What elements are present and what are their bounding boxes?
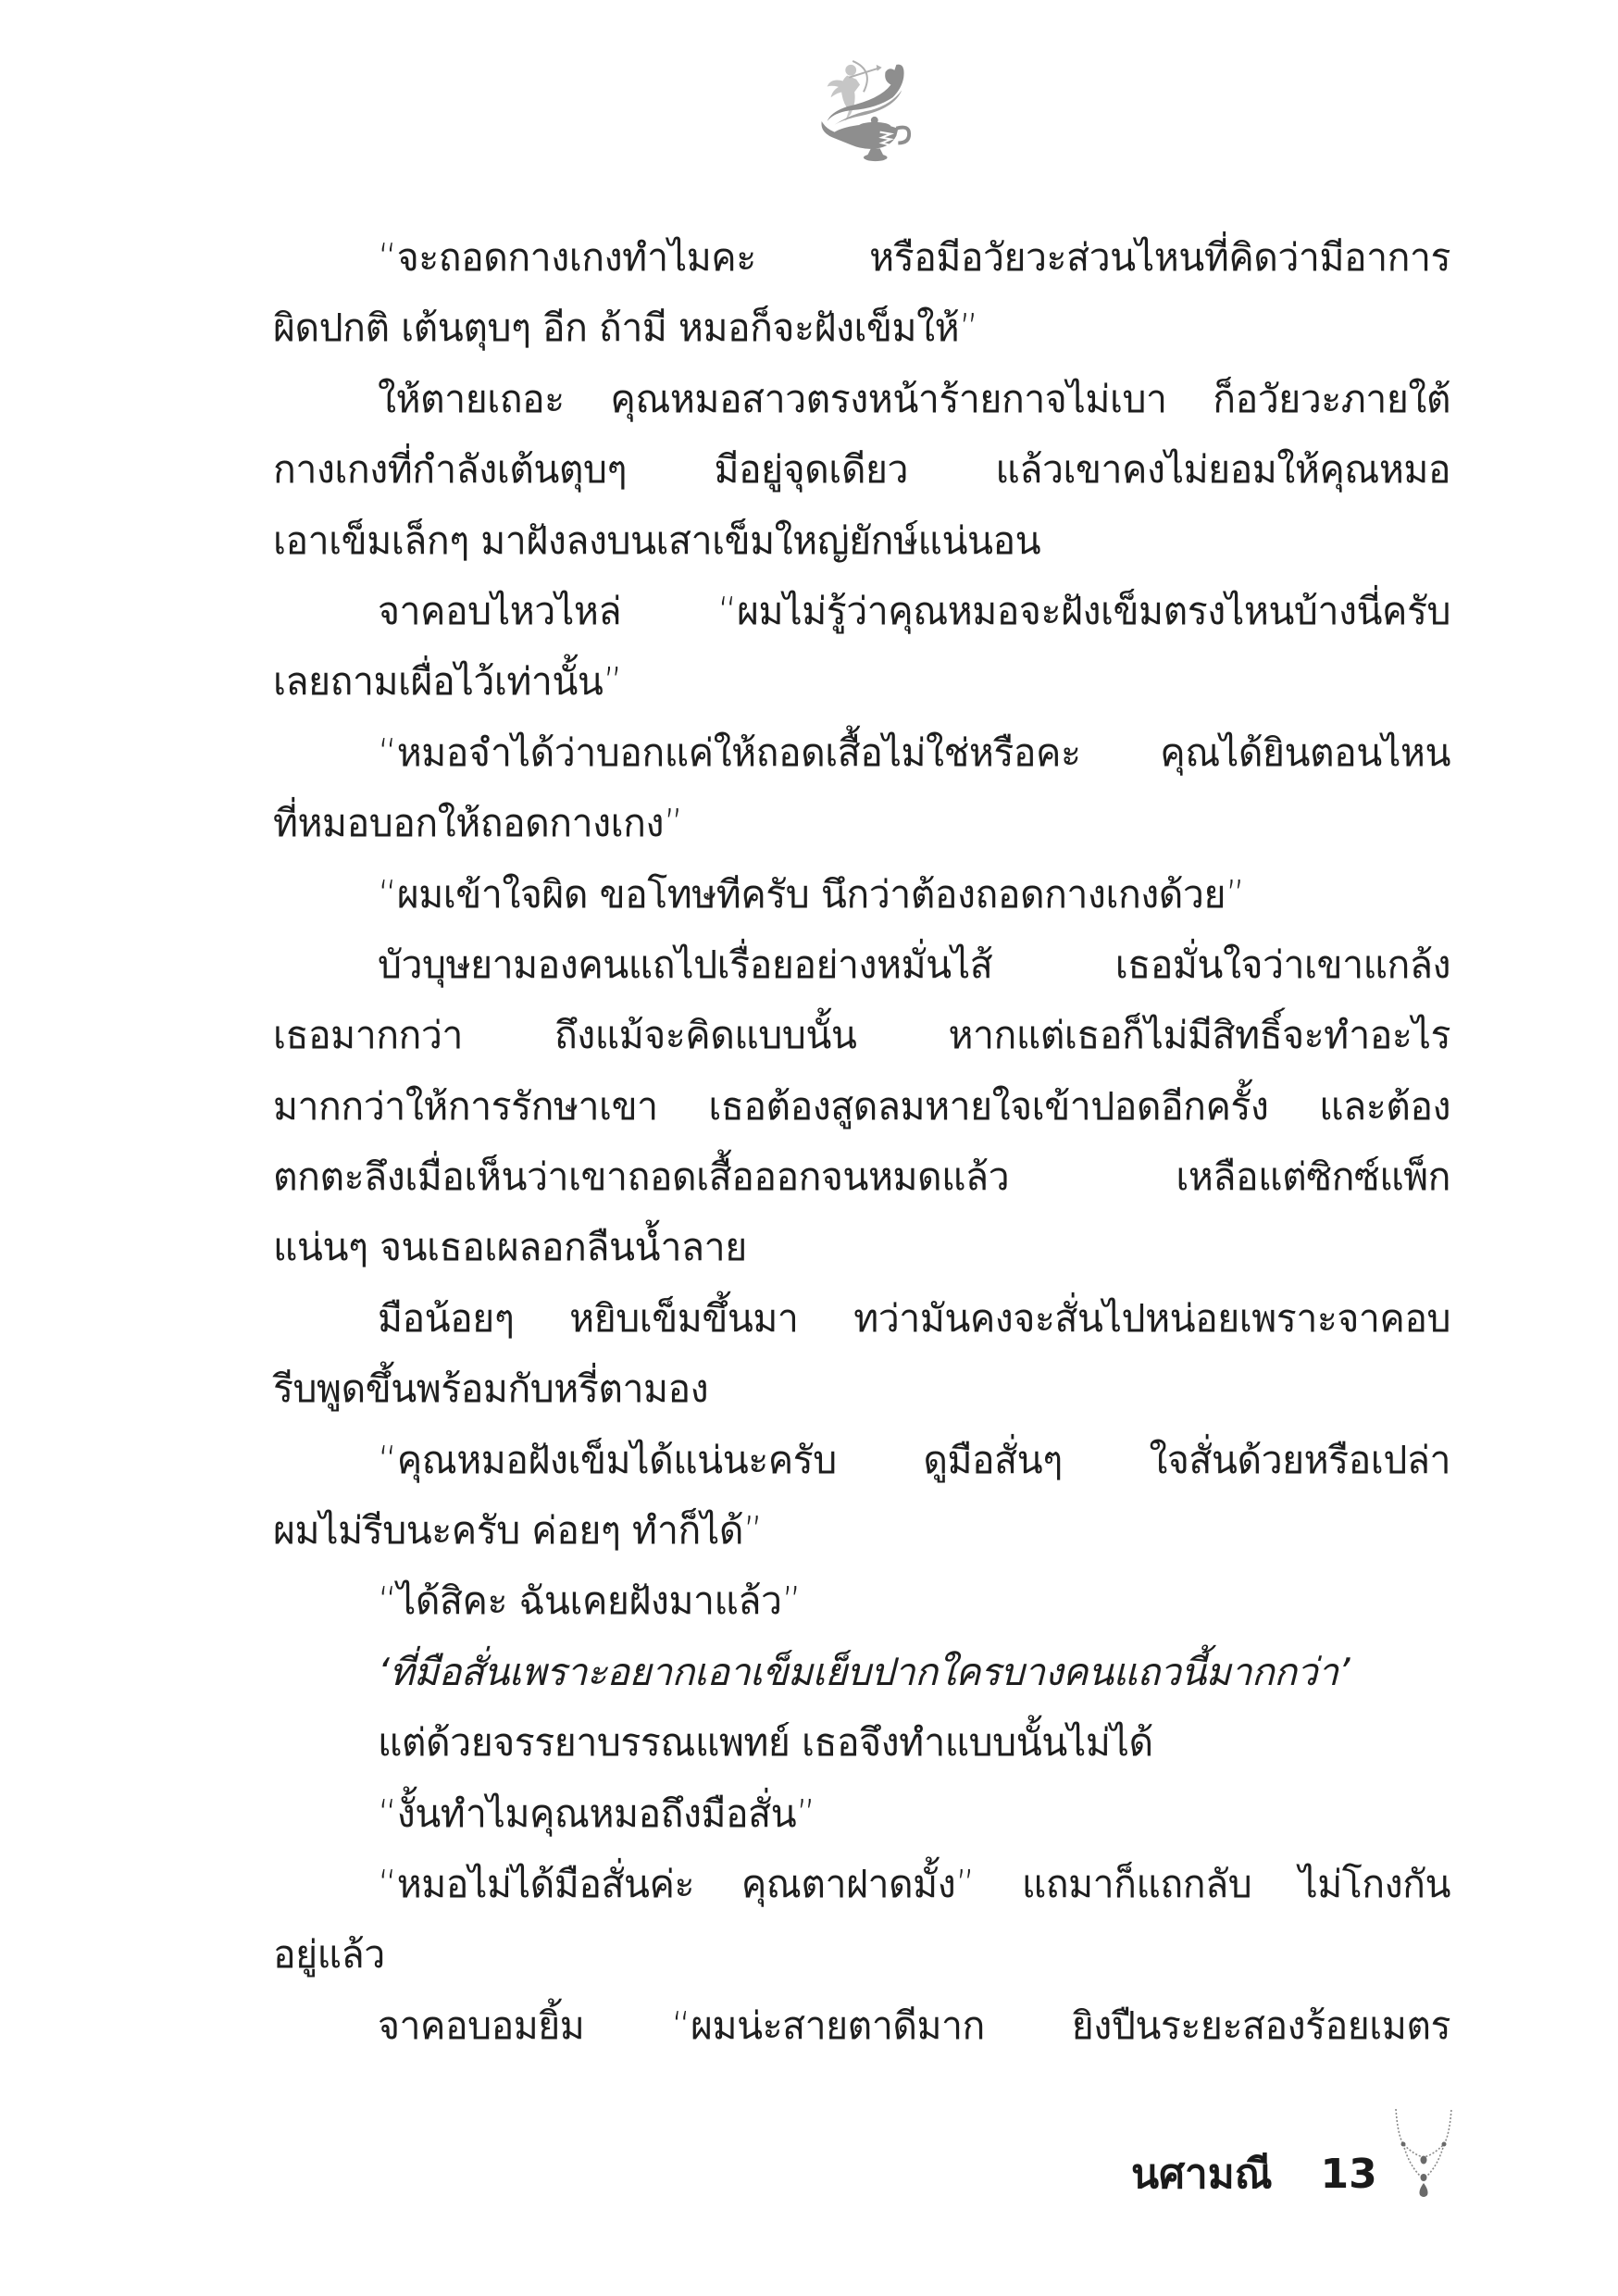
magic-lamp-cupid-logo-icon bbox=[807, 57, 916, 167]
text-line-italic-thought: ‘ที่มือสั่นเพราะอยากเอาเข็มเย็บปากใครบาง… bbox=[273, 1637, 1450, 1707]
text-line: “งั้นทำไมคุณหมอถึงมือสั่น” bbox=[273, 1778, 1450, 1849]
body-text: “จะถอดกางเกงทำไมคะ หรือมีอวัยวะส่วนไหนที… bbox=[273, 222, 1450, 2061]
text-line: “หมอไม่ได้มือสั่นค่ะ คุณตาฝาดมั้ง” แถมาก… bbox=[273, 1849, 1450, 1919]
text-line: มากกว่าให้การรักษาเขา เธอต้องสูดลมหายใจเ… bbox=[273, 1071, 1450, 1142]
text-line: กางเกงที่กำลังเต้นตุบๆ มีอยู่จุดเดียว แล… bbox=[273, 434, 1450, 505]
text-line: จาคอบอมยิ้ม “ผมน่ะสายตาดีมาก ยิงปืนระยะส… bbox=[273, 1990, 1450, 2061]
necklace-icon bbox=[1390, 2107, 1457, 2200]
text-line: เธอมากกว่า ถึงแม้จะคิดแบบนั้น หากแต่เธอก… bbox=[273, 1000, 1450, 1070]
text-line: เอาเข็มเล็กๆ มาฝังลงบนเสาเข็มใหญ่ยักษ์แน… bbox=[273, 505, 1450, 576]
text-line: ที่หมอบอกให้ถอดกางเกง” bbox=[273, 788, 1450, 858]
text-line: ให้ตายเถอะ คุณหมอสาวตรงหน้าร้ายกาจไม่เบา… bbox=[273, 364, 1450, 434]
text-line: บัวบุษยามองคนแถไปเรื่อยอย่างหมั่นไส้ เธอ… bbox=[273, 930, 1450, 1000]
text-line: “จะถอดกางเกงทำไมคะ หรือมีอวัยวะส่วนไหนที… bbox=[273, 222, 1450, 293]
text-line: อยู่แล้ว bbox=[273, 1919, 1450, 1990]
text-line: แต่ด้วยจรรยาบรรณแพทย์ เธอจึงทำแบบนั้นไม่… bbox=[273, 1707, 1450, 1778]
text-line: ผิดปกติ เต้นตุบๆ อีก ถ้ามี หมอก็จะฝังเข็… bbox=[273, 293, 1450, 363]
text-line: จาคอบไหวไหล่ “ผมไม่รู้ว่าคุณหมอจะฝังเข็ม… bbox=[273, 576, 1450, 646]
page-footer: นศามณี 13 bbox=[1131, 2146, 1377, 2202]
text-line: “คุณหมอฝังเข็มได้แน่นะครับ ดูมือสั่นๆ ใจ… bbox=[273, 1425, 1450, 1495]
text-line: “หมอจำได้ว่าบอกแค่ให้ถอดเสื้อไม่ใช่หรือค… bbox=[273, 717, 1450, 788]
page-number: 13 bbox=[1321, 2151, 1377, 2198]
text-line: ตกตะลึงเมื่อเห็นว่าเขาถอดเสื้อออกจนหมดแล… bbox=[273, 1142, 1450, 1212]
text-line: “ได้สิคะ ฉันเคยฝังมาแล้ว” bbox=[273, 1566, 1450, 1636]
text-line: แน่นๆ จนเธอเผลอกลืนน้ำลาย bbox=[273, 1212, 1450, 1282]
text-line: มือน้อยๆ หยิบเข็มขึ้นมา ทว่ามันคงจะสั่นไ… bbox=[273, 1283, 1450, 1354]
text-line: “ผมเข้าใจผิด ขอโทษทีครับ นึกว่าต้องถอดกา… bbox=[273, 859, 1450, 930]
text-line: รีบพูดขึ้นพร้อมกับหรี่ตามอง bbox=[273, 1354, 1450, 1424]
author-name: นศามณี bbox=[1131, 2141, 1273, 2206]
text-line: เลยถามเผื่อไว้เท่านั้น” bbox=[273, 646, 1450, 717]
text-line: ผมไม่รีบนะครับ ค่อยๆ ทำก็ได้” bbox=[273, 1495, 1450, 1566]
